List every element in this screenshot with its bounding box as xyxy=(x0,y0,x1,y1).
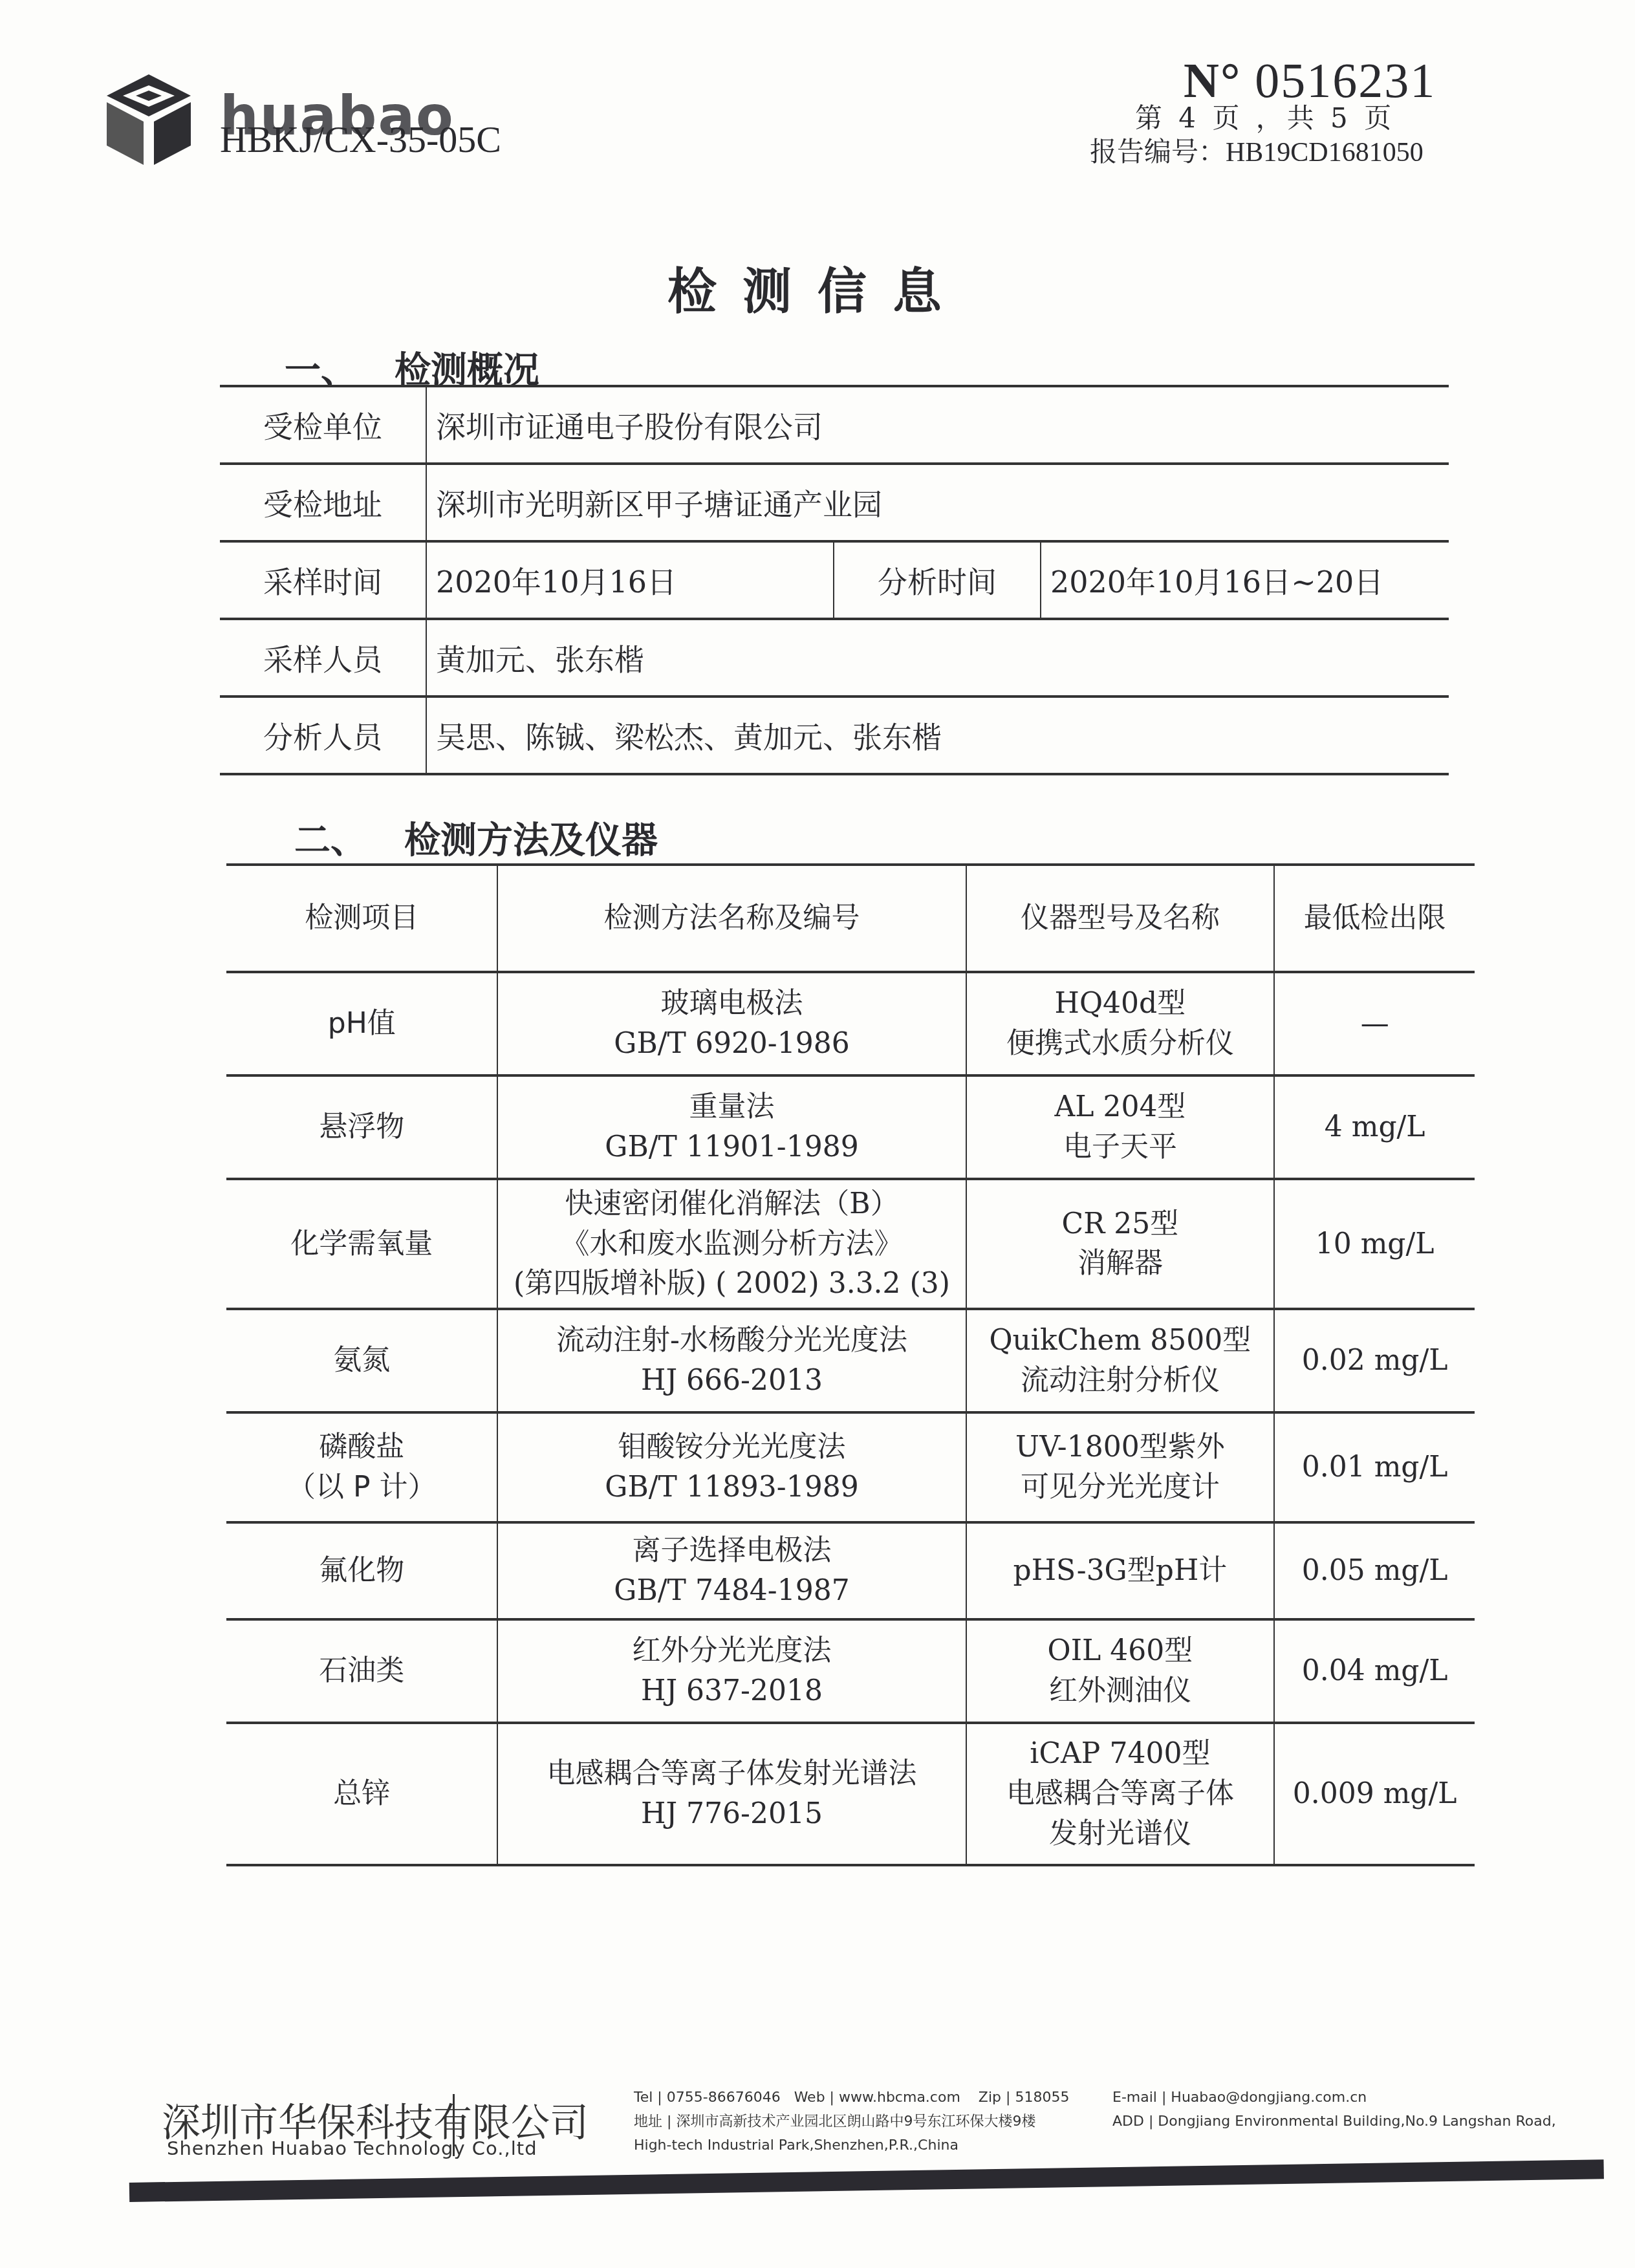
footer-contact-2: E-mail | Huabao@dongjiang.com.cn ADD | D… xyxy=(1112,2086,1556,2133)
footer-zip: Zip | 518055 xyxy=(979,2090,1070,2106)
detection-limit: 0.04 mg/L xyxy=(1274,1619,1475,1723)
footer-company-en: Shenzhen Huabao Technology Co.,ltd xyxy=(167,2137,537,2159)
detection-limit: — xyxy=(1274,972,1475,1075)
table-row: 石油类 红外分光光度法HJ 637-2018 OIL 460型红外测油仪 0.0… xyxy=(226,1619,1475,1723)
footer-address-cn: 地址 | 深圳市高新技术产业园北区朗山路中9号东江环保大楼9楼 xyxy=(634,2110,1069,2133)
instrument-model: iCAP 7400型 xyxy=(973,1734,1268,1774)
instrument-model: QuikChem 8500型 xyxy=(973,1321,1268,1361)
instrument-model: HQ40d型 xyxy=(973,984,1268,1024)
method-code: HJ 637-2018 xyxy=(504,1671,958,1711)
method-name: 玻璃电极法 xyxy=(504,984,958,1024)
table-row: 悬浮物 重量法GB/T 11901-1989 AL 204型电子天平 4 mg/… xyxy=(226,1075,1475,1179)
row-label: 采样时间 xyxy=(220,541,426,619)
row-label: 受检单位 xyxy=(220,386,426,464)
instrument-model: UV-1800型紫外 xyxy=(973,1427,1268,1467)
table-row: 氟化物 离子选择电极法GB/T 7484-1987 pHS-3G型pH计 0.0… xyxy=(226,1522,1475,1619)
footer-email[interactable]: E-mail | Huabao@dongjiang.com.cn xyxy=(1112,2086,1556,2110)
table-row: pH值 玻璃电极法GB/T 6920-1986 HQ40d型便携式水质分析仪 — xyxy=(226,972,1475,1075)
form-code: HBKJ/CX-35-05C xyxy=(220,118,501,161)
detection-limit: 4 mg/L xyxy=(1274,1075,1475,1179)
method-name: 红外分光光度法 xyxy=(504,1631,958,1671)
overview-table: 受检单位 深圳市证通电子股份有限公司 受检地址 深圳市光明新区甲子塘证通产业园 … xyxy=(220,385,1449,775)
row-value: 黄加元、张东楷 xyxy=(426,619,1449,697)
detection-limit: 0.01 mg/L xyxy=(1274,1412,1475,1522)
method-name: 离子选择电极法 xyxy=(504,1531,958,1571)
table-row: 分析人员 吴思、陈铖、梁松杰、黄加元、张东楷 xyxy=(220,697,1449,774)
methods-table: 检测项目 检测方法名称及编号 仪器型号及名称 最低检出限 pH值 玻璃电极法GB… xyxy=(226,863,1475,1866)
column-header: 仪器型号及名称 xyxy=(966,865,1275,972)
item-name: 化学需氧量 xyxy=(233,1224,490,1264)
method-code: GB/T 7484-1987 xyxy=(504,1571,958,1611)
table-row: 磷酸盐（以 P 计） 钼酸铵分光光度法GB/T 11893-1989 UV-18… xyxy=(226,1412,1475,1522)
table-row: 受检地址 深圳市光明新区甲子塘证通产业园 xyxy=(220,464,1449,541)
table-row: 受检单位 深圳市证通电子股份有限公司 xyxy=(220,386,1449,464)
column-header: 检测项目 xyxy=(226,865,497,972)
row-value: 深圳市证通电子股份有限公司 xyxy=(426,386,1449,464)
instrument-name: 红外测油仪 xyxy=(973,1671,1268,1711)
section-title: 检测方法及仪器 xyxy=(404,819,658,861)
instrument-name: 可见分光光度计 xyxy=(973,1467,1268,1507)
method-name: 流动注射-水杨酸分光光度法 xyxy=(504,1321,958,1361)
instrument-name: 便携式水质分析仪 xyxy=(973,1024,1268,1064)
method-source: 《水和废水监测分析方法》 xyxy=(504,1224,958,1264)
footer-address-en-2: High-tech Industrial Park,Shenzhen,P.R.,… xyxy=(634,2133,1069,2157)
detection-limit: 10 mg/L xyxy=(1274,1179,1475,1309)
page-info: 第 4 页 ，共 5 页 xyxy=(1135,97,1395,136)
item-name: 氟化物 xyxy=(233,1551,490,1591)
method-name: 电感耦合等离子体发射光谱法 xyxy=(504,1754,958,1794)
huabao-cube-icon xyxy=(103,71,194,168)
footer-address-en-1: ADD | Dongjiang Environmental Building,N… xyxy=(1112,2110,1556,2133)
row-value: 吴思、陈铖、梁松杰、黄加元、张东楷 xyxy=(426,697,1449,774)
method-name: 重量法 xyxy=(504,1087,958,1127)
item-note: （以 P 计） xyxy=(233,1467,490,1507)
footer-divider xyxy=(453,2094,455,2156)
table-row: 化学需氧量 快速密闭催化消解法（B）《水和废水监测分析方法》(第四版增补版) (… xyxy=(226,1179,1475,1309)
company-logo: huabao HBKJ/CX-35-05C xyxy=(103,71,556,168)
item-name: pH值 xyxy=(233,1004,490,1044)
item-name: 氨氮 xyxy=(233,1341,490,1381)
row-label: 受检地址 xyxy=(220,464,426,541)
method-code: HJ 776-2015 xyxy=(504,1794,958,1834)
instrument-model: CR 25型 xyxy=(973,1204,1268,1244)
column-header: 最低检出限 xyxy=(1274,865,1475,972)
detection-limit: 0.05 mg/L xyxy=(1274,1522,1475,1619)
instrument-name: 流动注射分析仪 xyxy=(973,1361,1268,1401)
method-code: (第四版增补版) ( 2002) 3.3.2 (3) xyxy=(504,1264,958,1304)
table-row: 氨氮 流动注射-水杨酸分光光度法HJ 666-2013 QuikChem 850… xyxy=(226,1309,1475,1412)
item-name: 总锌 xyxy=(233,1774,490,1814)
table-row: 总锌 电感耦合等离子体发射光谱法HJ 776-2015 iCAP 7400型电感… xyxy=(226,1723,1475,1865)
item-name: 悬浮物 xyxy=(233,1107,490,1147)
page-title: 检测信息 xyxy=(0,252,1635,323)
section-number: 二、 xyxy=(294,812,404,863)
instrument-model: OIL 460型 xyxy=(973,1631,1268,1671)
instrument-name: 消解器 xyxy=(973,1244,1268,1284)
instrument-name: 电感耦合等离子体 xyxy=(973,1774,1268,1814)
row-value: 深圳市光明新区甲子塘证通产业园 xyxy=(426,464,1449,541)
footer-tel: Tel | 0755-86676046 xyxy=(634,2090,781,2106)
method-code: GB/T 11901-1989 xyxy=(504,1127,958,1167)
row-value: 2020年10月16日 xyxy=(426,541,834,619)
item-name: 石油类 xyxy=(233,1651,490,1691)
row-label: 采样人员 xyxy=(220,619,426,697)
section-heading-methods: 二、检测方法及仪器 xyxy=(294,812,658,863)
method-name: 钼酸铵分光光度法 xyxy=(504,1427,958,1467)
detection-limit: 0.02 mg/L xyxy=(1274,1309,1475,1412)
table-header-row: 检测项目 检测方法名称及编号 仪器型号及名称 最低检出限 xyxy=(226,865,1475,972)
report-number: 报告编号：HB19CD1681050 xyxy=(1090,131,1424,169)
row-label: 分析人员 xyxy=(220,697,426,774)
column-header: 检测方法名称及编号 xyxy=(497,865,966,972)
detection-limit: 0.009 mg/L xyxy=(1274,1723,1475,1865)
method-code: HJ 666-2013 xyxy=(504,1361,958,1401)
method-code: GB/T 6920-1986 xyxy=(504,1024,958,1064)
report-number-label: 报告编号： xyxy=(1090,136,1226,167)
footer-web[interactable]: Web | www.hbcma.com xyxy=(794,2090,960,2106)
row-value: 2020年10月16日~20日 xyxy=(1041,541,1449,619)
row-label: 分析时间 xyxy=(834,541,1041,619)
method-code: GB/T 11893-1989 xyxy=(504,1467,958,1507)
instrument-name-cont: 发射光谱仪 xyxy=(973,1814,1268,1854)
table-row: 采样时间 2020年10月16日 分析时间 2020年10月16日~20日 xyxy=(220,541,1449,619)
footer-contact: Tel | 0755-86676046 Web | www.hbcma.com … xyxy=(634,2086,1069,2157)
instrument-name: 电子天平 xyxy=(973,1127,1268,1167)
footer-bar xyxy=(129,2159,1604,2202)
item-name: 磷酸盐 xyxy=(233,1427,490,1467)
instrument-model: AL 204型 xyxy=(973,1087,1268,1127)
table-row: 采样人员 黄加元、张东楷 xyxy=(220,619,1449,697)
method-name: 快速密闭催化消解法（B） xyxy=(504,1184,958,1224)
instrument-model: pHS-3G型pH计 xyxy=(973,1551,1268,1591)
report-number-value: HB19CD1681050 xyxy=(1226,138,1424,167)
